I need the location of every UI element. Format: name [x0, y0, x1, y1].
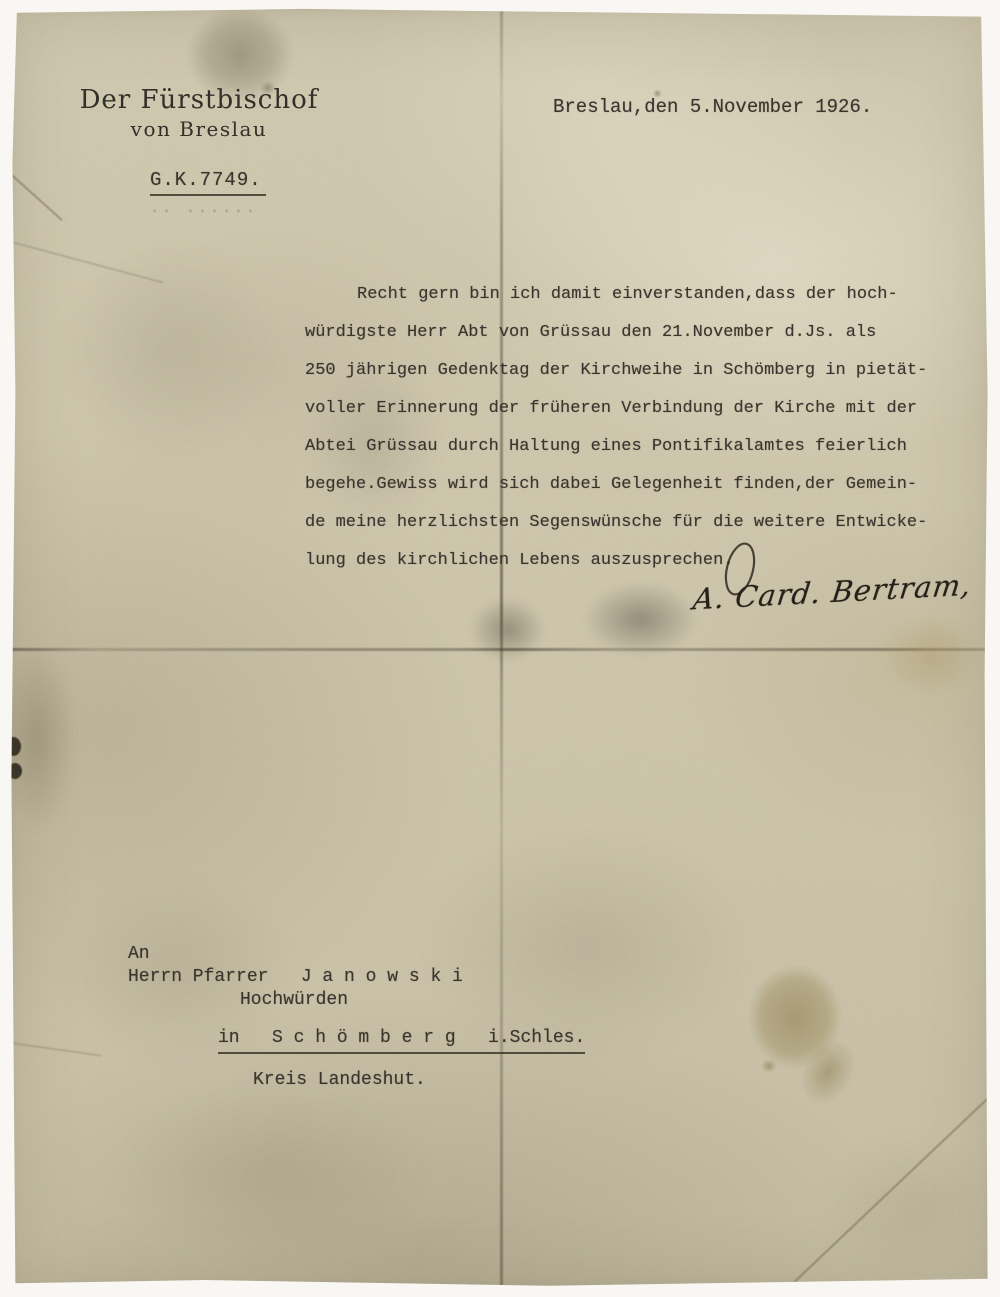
recipient-line: An [128, 944, 150, 964]
letterhead-subtitle: von Breslau [78, 117, 320, 141]
body-line: begehe.Gewiss wird sich dabei Gelegenhei… [305, 475, 965, 494]
mottle-patch [118, 1082, 428, 1262]
body-line: würdigste Herr Abt von Grüssau den 21.No… [305, 323, 965, 342]
reference-number: G.K.7749. [150, 169, 266, 196]
horizontal-fold-crease [8, 648, 992, 651]
diagonal-crease-bottom-right [787, 1084, 1000, 1289]
body-line: 250 jährigen Gedenktag der Kirchweihe in… [305, 361, 965, 380]
recipient-line: Hochwürden [240, 990, 348, 1010]
mottle-patch [823, 1137, 1000, 1287]
body-line: Recht gern bin ich damit einverstanden,d… [305, 285, 1000, 304]
dateline: Breslau,den 5.November 1926. [553, 96, 872, 118]
smear-left-edge [0, 643, 75, 833]
mottle-patch [63, 242, 273, 452]
smudge-near-signature [583, 582, 698, 657]
body-line: de meine herzlichsten Segenswünsche für … [305, 513, 965, 532]
ink-blot [8, 763, 22, 779]
crease-bottom-left [4, 1041, 101, 1057]
letter-paper: Der Fürstbischof von Breslau G.K.7749. ·… [8, 7, 992, 1289]
stain-tan-right [880, 615, 980, 695]
recipient-line: Herrn Pfarrer J a n o w s k i [128, 967, 463, 987]
smudge-near-fold [470, 597, 545, 662]
stain-brown-small [789, 1029, 866, 1114]
letterhead-title: Der Fürstbischof [78, 85, 320, 115]
body-line: Abtei Grüssau durch Haltung eines Pontif… [305, 437, 965, 456]
ink-blot [6, 737, 21, 756]
crease-left-upper [4, 239, 164, 284]
body-line: lung des kirchlichen Lebens auszuspreche… [305, 551, 965, 570]
faded-reference-line: ·· ······ [150, 203, 258, 220]
scan-background: Der Fürstbischof von Breslau G.K.7749. ·… [0, 0, 1000, 1297]
stain-brown-dot [761, 1059, 777, 1073]
recipient-line: Kreis Landeshut. [253, 1070, 426, 1090]
recipient-line-underlined: in S c h ö m b e r g i.Schles. [218, 1028, 585, 1054]
stain-brown-large [748, 965, 842, 1069]
crease-top-left [3, 167, 62, 221]
body-line: voller Erinnerung der früheren Verbindun… [305, 399, 965, 418]
letterhead: Der Fürstbischof von Breslau [78, 85, 320, 141]
